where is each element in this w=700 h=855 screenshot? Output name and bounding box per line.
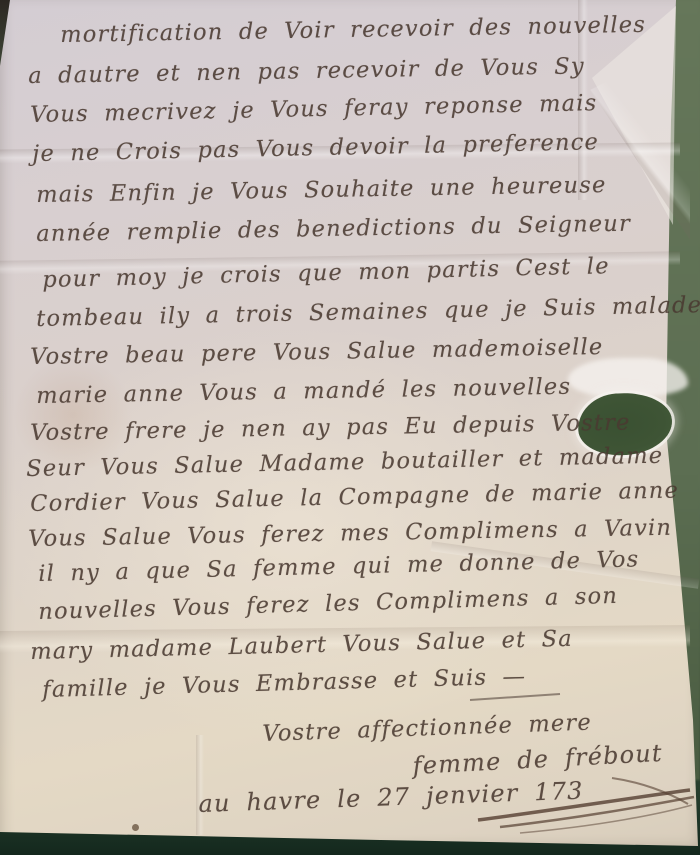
- letter-photograph: { "description": "Photograph of an 18th-…: [0, 0, 700, 855]
- torn-paper-edge: [568, 358, 688, 398]
- ink-spot: [132, 824, 139, 831]
